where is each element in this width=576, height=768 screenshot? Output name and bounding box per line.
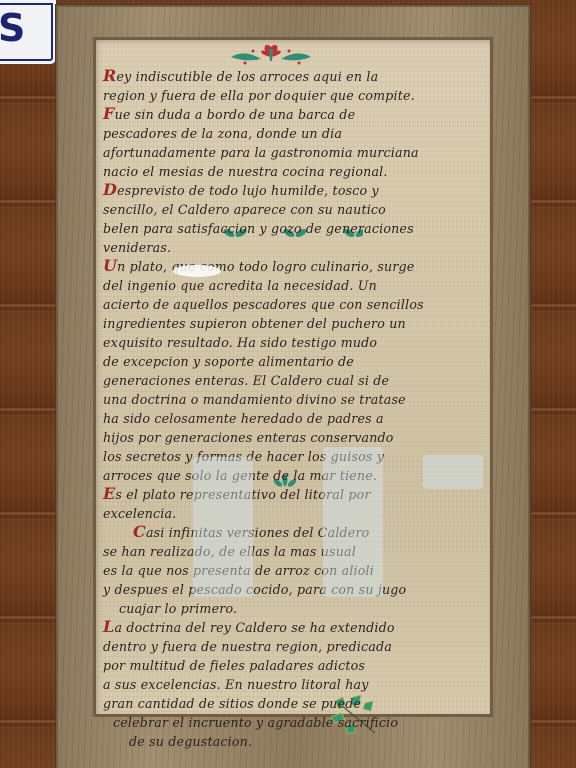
poem-line: venideras. [103, 238, 483, 257]
poem-line: Desprevisto de todo lujo humilde, tosco … [103, 181, 483, 200]
glass-reflection [423, 455, 483, 489]
poem-line: Rey indiscutible de los arroces aqui en … [103, 67, 483, 86]
floral-top-ornament [211, 43, 331, 67]
poem-line: una doctrina o mandamiento divino se tra… [103, 390, 483, 409]
poem-line: dentro y fuera de nuestra region, predic… [103, 637, 483, 656]
poem-line: gran cantidad de sitios donde se puede [103, 694, 483, 713]
poem-line: La doctrina del rey Caldero se ha extend… [103, 618, 483, 637]
sign-letter: S [0, 6, 25, 50]
glass-reflection [323, 447, 383, 597]
glass-reflection [173, 265, 221, 277]
poem-line: de su degustacion. [103, 732, 483, 751]
poem-line: de excepcion y soporte alimentario de [103, 352, 483, 371]
poem-line: del ingenio que acredita la necesidad. U… [103, 276, 483, 295]
poem-line: exquisito resultado. Ha sido testigo mud… [103, 333, 483, 352]
poem-line: sencillo, el Caldero aparece con su naut… [103, 200, 483, 219]
picture-frame: Rey indiscutible de los arroces aqui en … [56, 5, 530, 768]
poem-line: pescadores de la zona, donde un dia [103, 124, 483, 143]
poem-line: y despues el pescado cocido, para con su… [103, 580, 483, 599]
poem-line: es la que nos presenta de arroz con alio… [103, 561, 483, 580]
poem-line: belen para satisfaccion y gozo de genera… [103, 219, 483, 238]
poem-line: por multitud de fieles paladares adictos [103, 656, 483, 675]
poem-line: nacio el mesias de nuestra cocina region… [103, 162, 483, 181]
poem-line: hijos por generaciones enteras conservan… [103, 428, 483, 447]
poem-line: celebrar el incruento y agradable sacrif… [103, 713, 483, 732]
poem-line: Casi infinitas versiones del Caldero [103, 523, 483, 542]
poem-line: ha sido celosamente heredado de padres a [103, 409, 483, 428]
poem-line: Un plato, que como todo logro culinario,… [103, 257, 483, 276]
poem-line: se han realizado, de ellas la mas usual [103, 542, 483, 561]
poem-line: excelencia. [103, 504, 483, 523]
poem-line: region y fuera de ella por doquier que c… [103, 86, 483, 105]
poem-line: ingredientes supieron obtener del pucher… [103, 314, 483, 333]
wall-sign: S [0, 0, 56, 64]
poem-line: afortunadamente para la gastronomia murc… [103, 143, 483, 162]
poem-line: acierto de aquellos pescadores que con s… [103, 295, 483, 314]
poem-line: Fue sin duda a bordo de una barca de [103, 105, 483, 124]
poem-text: Rey indiscutible de los arroces aqui en … [103, 67, 483, 751]
papyrus-sheet: Rey indiscutible de los arroces aqui en … [93, 37, 493, 717]
poem-line: cuajar lo primero. [103, 599, 483, 618]
poem-line: generaciones enteras. El Caldero cual si… [103, 371, 483, 390]
glass-reflection [193, 457, 253, 597]
poem-line: a sus excelencias. En nuestro litoral ha… [103, 675, 483, 694]
